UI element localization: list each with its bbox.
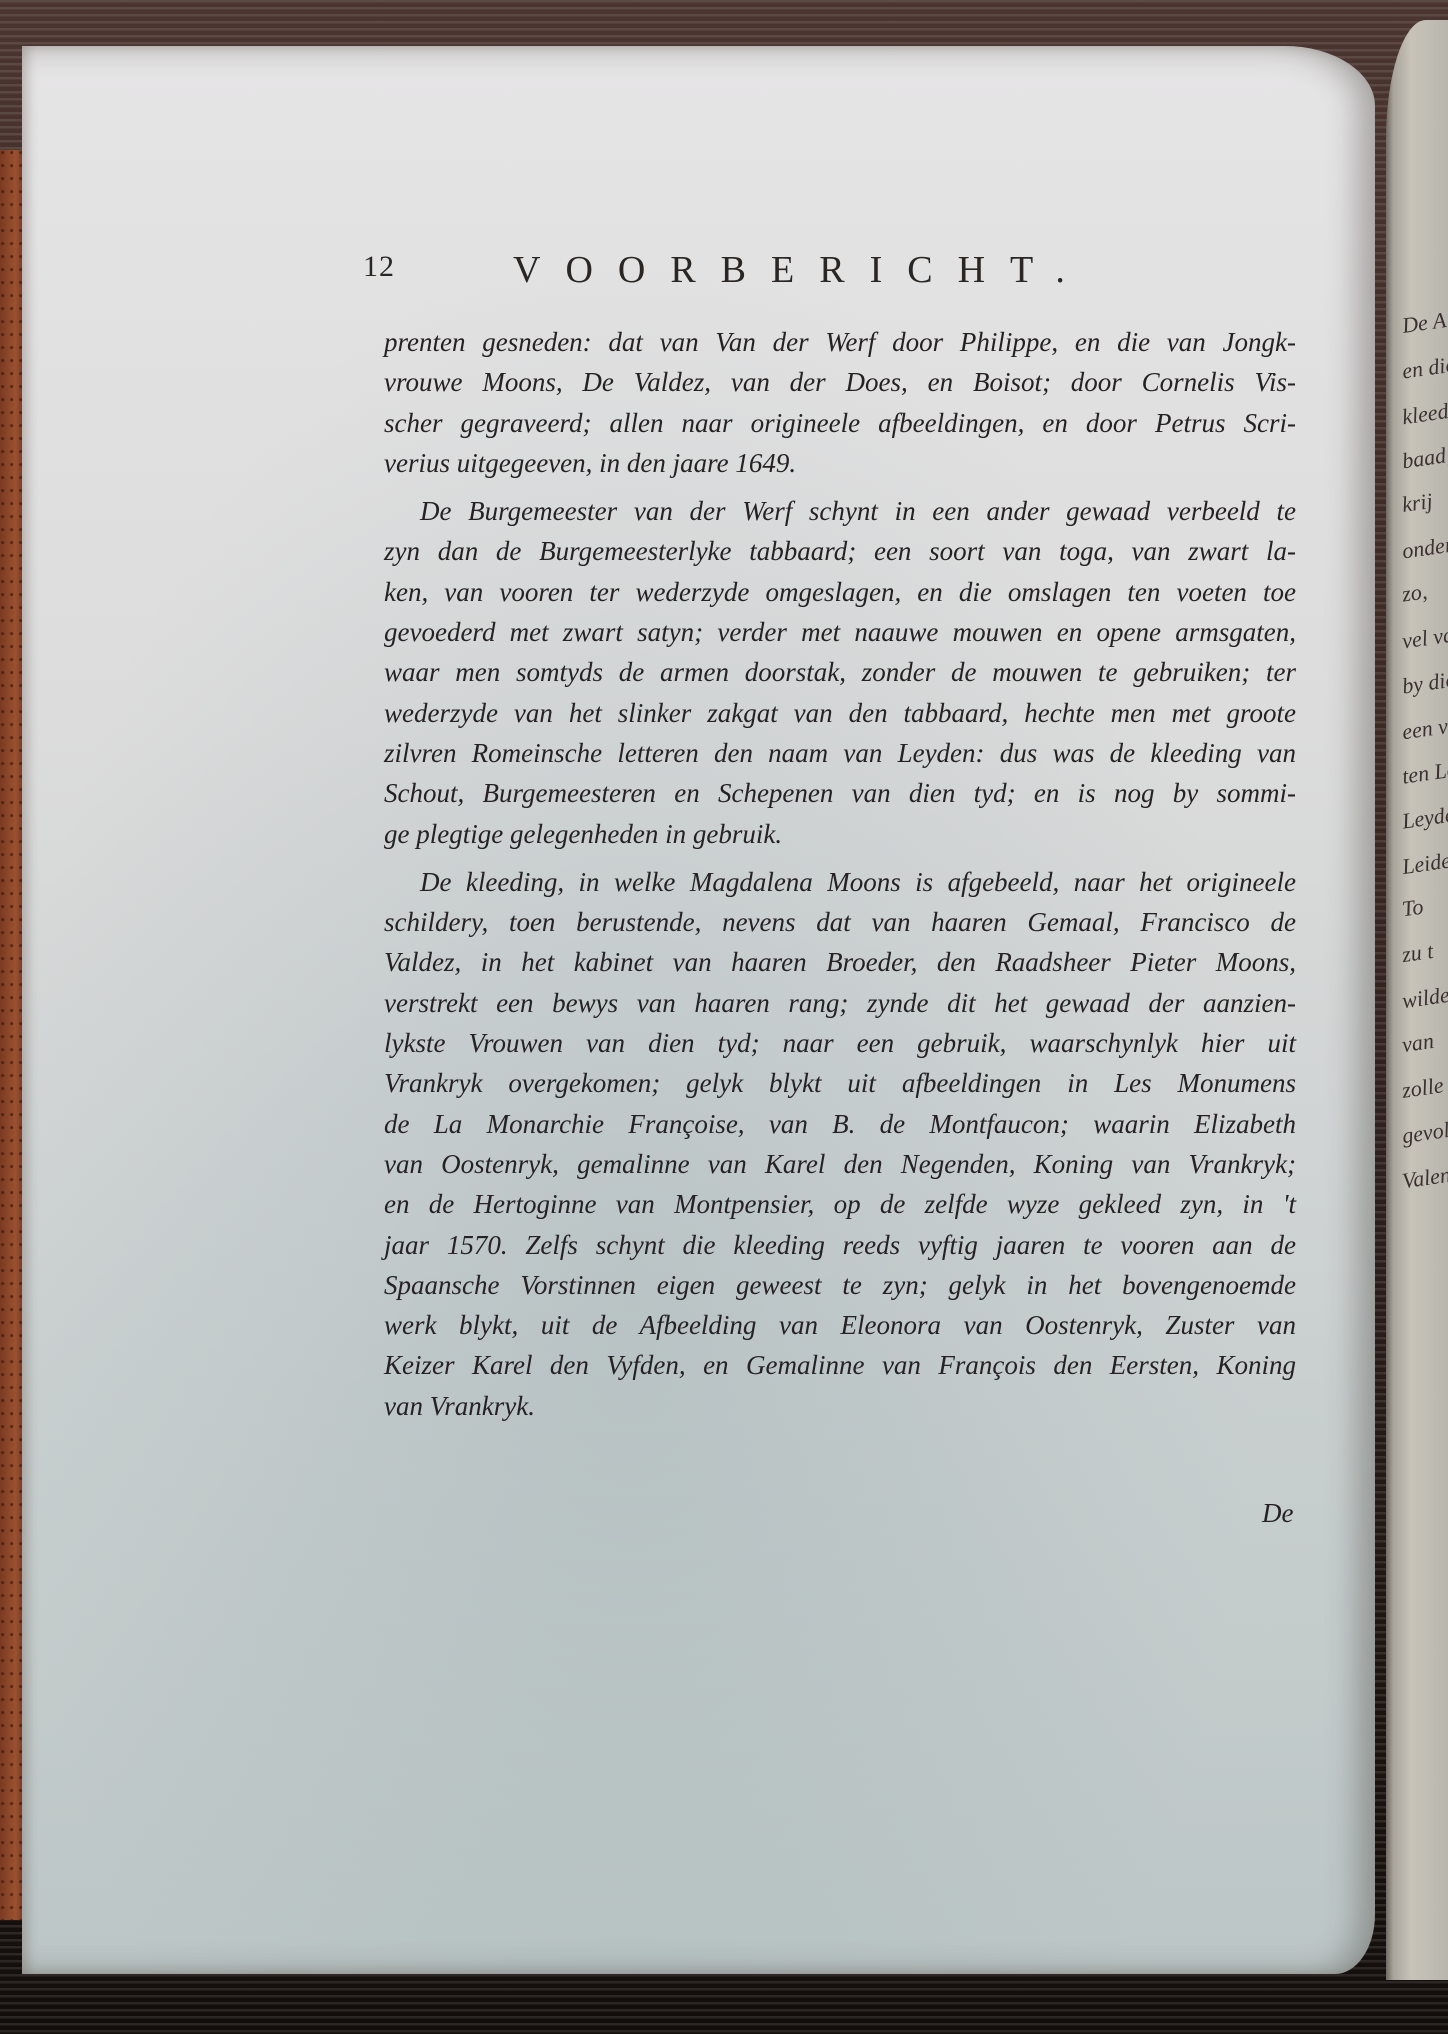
facing-page-text-fragment: Leyde (1400, 801, 1448, 834)
text-line: ge plegtige gelegenheden in gebruik. (384, 814, 1296, 854)
text-line: van Oostenryk, gemalinne van Karel den N… (384, 1144, 1296, 1184)
text-line: van Vrankryk. (384, 1386, 1296, 1426)
facing-page-text-fragment: vel va (1400, 622, 1448, 655)
page-title: VOORBERICHT. (513, 248, 1090, 292)
text-line: Spaansche Vorstinnen eigen geweest te zy… (384, 1265, 1296, 1305)
text-line: ken, van vooren ter wederzyde omgeslagen… (384, 572, 1296, 612)
facing-page-text-fragment: zu t (1400, 938, 1435, 968)
facing-page-text-fragment: van (1400, 1028, 1435, 1058)
facing-page-edge: De Aen diekleedinbaad,krijonderzo,vel va… (1386, 20, 1448, 1980)
text-line: schildery, toen berustende, nevens dat v… (384, 902, 1296, 942)
facing-page-text-fragment: gevol (1400, 1117, 1448, 1149)
text-line: en de Hertoginne van Montpensier, op de … (384, 1184, 1296, 1224)
paragraph: De kleeding, in welke Magdalena Moons is… (384, 862, 1296, 1426)
facing-page-text-fragment: een vry (1401, 711, 1448, 746)
text-line: gevoederd met zwart satyn; verder met na… (384, 612, 1296, 652)
facing-page-text-fragment: onder (1400, 532, 1448, 565)
text-line: zyn dan de Burgemeesterlyke tabbaard; ee… (384, 531, 1296, 571)
facing-page-text-fragment: kleedin (1400, 396, 1448, 431)
facing-page-text-fragment: To (1400, 894, 1425, 923)
running-head: 12 VOORBERICHT. (363, 248, 1183, 298)
facing-page-text-fragment: wilde (1400, 982, 1448, 1014)
text-line: Valdez, in het kabinet van haaren Broede… (384, 942, 1296, 982)
page-number: 12 (363, 250, 395, 284)
text-line: vrouwe Moons, De Valdez, van der Does, e… (384, 362, 1296, 402)
text-line: jaar 1570. Zelfs schynt die kleeding ree… (384, 1225, 1296, 1265)
text-line: zilvren Romeinsche letteren den naam van… (384, 733, 1296, 773)
text-line: Vrankryk overgekomen; gelyk blykt uit af… (384, 1063, 1296, 1103)
catchword: De (1262, 1498, 1293, 1529)
facing-page-text-fragment: Leiden (1400, 846, 1448, 880)
facing-page-text-fragment: zo, (1400, 578, 1428, 607)
facing-page-text-fragment: en die (1400, 351, 1448, 384)
facing-page-text-fragment: ten Le (1400, 756, 1448, 789)
text-line: De kleeding, in welke Magdalena Moons is… (384, 862, 1296, 902)
text-line: verstrekt een bewys van haaren rang; zyn… (384, 983, 1296, 1023)
text-line: de La Monarchie Françoise, van B. de Mon… (384, 1104, 1296, 1144)
text-line: verius uitgegeeven, in den jaare 1649. (384, 443, 1296, 483)
facing-page-text-fragment: baad, (1400, 442, 1448, 475)
text-line: wederzyde van het slinker zakgat van den… (384, 693, 1296, 733)
facing-page-text-fragment: De A (1400, 307, 1447, 339)
facing-page-text-fragment: Valen (1400, 1162, 1448, 1195)
text-line: prenten gesneden: dat van Van der Werf d… (384, 322, 1296, 362)
paragraph: prenten gesneden: dat van Van der Werf d… (384, 322, 1296, 483)
facing-page-text-fragment: by die (1400, 666, 1448, 699)
paragraph: De Burgemeester van der Werf schynt in e… (384, 491, 1296, 854)
text-line: scher gegraveerd; allen naar origineele … (384, 403, 1296, 443)
body-text: prenten gesneden: dat van Van der Werf d… (384, 322, 1296, 1434)
text-line: lykste Vrouwen van dien tyd; naar een ge… (384, 1023, 1296, 1063)
text-line: Keizer Karel den Vyfden, en Gemalinne va… (384, 1345, 1296, 1385)
text-line: Schout, Burgemeesteren en Schepenen van … (384, 773, 1296, 813)
text-line: waar men somtyds de armen doorstak, zond… (384, 652, 1296, 692)
text-line: De Burgemeester van der Werf schynt in e… (384, 491, 1296, 531)
facing-page-text-fragment: krij (1400, 488, 1434, 518)
facing-page-text-fragment: zolle (1400, 1072, 1445, 1104)
text-line: werk blykt, uit de Afbeelding van Eleono… (384, 1305, 1296, 1345)
